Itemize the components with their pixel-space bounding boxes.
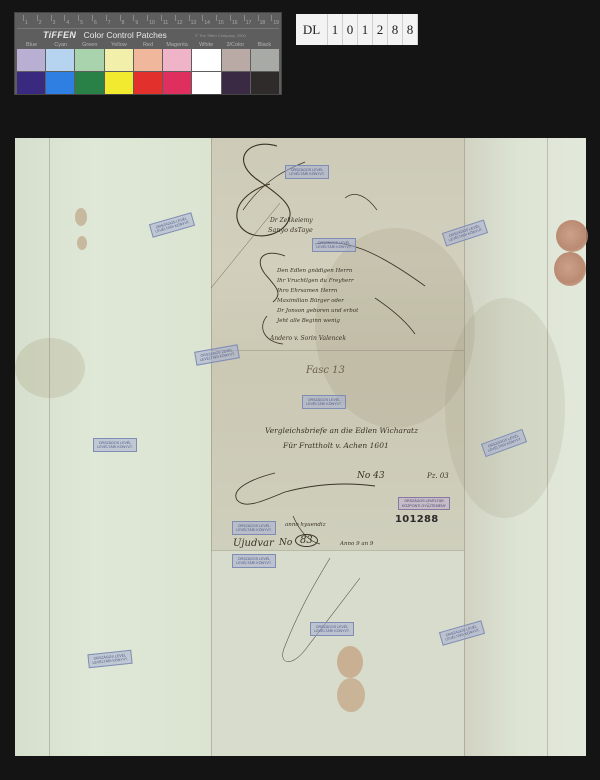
document-id-digit: 1 [328, 14, 343, 45]
color-patch-cyan-dark [46, 72, 74, 94]
library-stamp: ORSZÁGOS LEVÉLLEVÉLTÁRI KÖNYVT. [302, 395, 346, 409]
handwriting-address-line: Ihro Ehrsamen Herrn [277, 288, 337, 294]
handwriting-signature-line: Andero v. Sorin Valencek [270, 335, 346, 342]
wax-seal-remnant [554, 252, 586, 286]
color-patch-yellow-light [105, 49, 133, 71]
archive-label-line: KÖZPONTI GYŰJTEMÉNY [402, 504, 446, 508]
ruler-tick [133, 15, 134, 21]
ruler-scale: 12345678910111213141516171819 [17, 15, 279, 29]
ruler-number: 5 [80, 20, 83, 26]
handwriting-summary-line-2: Für Frattholt v. Achen 1601 [283, 441, 389, 450]
ruler-tick [23, 15, 24, 21]
ruler-number: 3 [53, 20, 56, 26]
handwriting-prefix-note: anno hyuendiz [285, 522, 326, 528]
color-patch-3color-dark [222, 72, 250, 94]
library-stamp: ORSZÁGOS LEVÉLLEVÉLTÁRI KÖNYVT. [310, 622, 354, 636]
chart-brand: TiFFEN [43, 30, 76, 40]
ruler-tick [64, 15, 65, 21]
library-stamp: ORSZÁGOS LEVÉLLEVÉLTÁRI KÖNYVT. [232, 521, 276, 535]
handwriting-after-note: Anno 9 an 9 [340, 541, 373, 547]
color-patch-blue-light [17, 49, 45, 71]
wax-seal-remnant [556, 220, 588, 252]
ruler-number: 6 [94, 20, 97, 26]
color-patches [17, 49, 279, 94]
document-id-digit: 8 [388, 14, 403, 45]
document-id-prefix: DL [296, 14, 328, 45]
ruler-number: 10 [149, 20, 155, 26]
handwriting-address-line: Maximilian Bürger oder [277, 298, 344, 304]
library-stamp: ORSZÁGOS LEVÉLLEVÉLTÁRI KÖNYVT. [312, 238, 356, 252]
chart-title-text: Color Control Patches [84, 30, 167, 40]
color-control-chart: 12345678910111213141516171819 TiFFEN Col… [14, 12, 282, 95]
fold-line [211, 550, 464, 551]
stamp-line: LEVÉLTÁRI KÖNYVT. [97, 445, 132, 450]
ruler-tick [271, 15, 272, 21]
ruler-tick [175, 15, 176, 21]
color-patch-red-dark [134, 72, 162, 94]
handwriting-address-line: Dr Jonson geboren und erbot [277, 308, 358, 314]
stamp-line: LEVÉLTÁRI KÖNYVT. [236, 528, 271, 533]
ruler-tick [106, 15, 107, 21]
handwriting-page-note: Pz. 03 [427, 472, 449, 480]
document-id-digit: 2 [373, 14, 388, 45]
color-patch-magenta-dark [163, 72, 191, 94]
ruler-tick [120, 15, 121, 21]
color-patch-yellow-dark [105, 72, 133, 94]
stamp-line: LEVÉLTÁRI KÖNYVT. [306, 402, 341, 407]
ruler-number: 12 [177, 20, 183, 26]
ruler-tick [78, 15, 79, 21]
ruler-number: 14 [204, 20, 210, 26]
handwriting-address-short-1: Dr Zekkeiemy [270, 217, 313, 224]
ruler-tick [202, 15, 203, 21]
spot-stain [75, 208, 87, 226]
document-id-label: DL 101288 [296, 14, 418, 45]
document-id-digit: 1 [358, 14, 373, 45]
color-patch-white-light [192, 49, 220, 71]
stamp-line: LEVÉLTÁRI KÖNYVT. [316, 245, 351, 250]
ruler-number: 1 [25, 20, 28, 26]
chart-copyright: © The Tiffen Company, 2000 [195, 33, 246, 38]
handwriting-fasc-note: Fasc 13 [306, 365, 345, 376]
handwriting-place-name: Ujudvar [233, 538, 274, 549]
ruler-tick [92, 15, 93, 21]
stamp-line: LEVÉLTÁRI KÖNYVT. [236, 561, 271, 566]
ruler-tick [37, 15, 38, 21]
ruler-number: 15 [218, 20, 224, 26]
handwriting-address-short-2: Sanyo dsTaye [268, 226, 313, 234]
ruler-number: 4 [66, 20, 69, 26]
color-patch-green-light [75, 49, 103, 71]
color-patch-blue-dark [17, 72, 45, 94]
fold-line [49, 138, 50, 756]
ruler-number: 18 [260, 20, 266, 26]
archive-number: 101288 [395, 514, 439, 525]
ruler-number: 16 [232, 20, 238, 26]
color-patch-black-dark [251, 72, 279, 94]
archive-label-stamp: ORSZÁGOS LEVÉLTÁR KÖZPONTI GYŰJTEMÉNY [398, 497, 450, 510]
stamp-line: LEVÉLTÁRI KÖNYVT. [314, 629, 349, 634]
library-stamp: ORSZÁGOS LEVÉLLEVÉLTÁRI KÖNYVT. [285, 165, 329, 179]
ruler-number: 2 [39, 20, 42, 26]
fold-line [211, 138, 212, 756]
wax-residue [337, 678, 365, 712]
spot-stain [77, 236, 87, 250]
ruler-tick [230, 15, 231, 21]
color-patch-red-light [134, 49, 162, 71]
ruler-number: 19 [273, 20, 279, 26]
ruler-tick [258, 15, 259, 21]
handwriting-address-line: Jeht alle Beginn wenig [277, 318, 340, 324]
handwriting-address-line: Den Edlen gnädigen Herrn [277, 268, 352, 274]
handwriting-number-note: No 43 [357, 471, 385, 481]
ruler-number: 9 [135, 20, 138, 26]
color-patch-cyan-light [46, 49, 74, 71]
ruler-number: 11 [163, 20, 168, 26]
library-stamp: ORSZÁGOS LEVÉLLEVÉLTÁRI KÖNYVT. [232, 554, 276, 568]
ruler-number: 8 [122, 20, 125, 26]
ruler-tick [51, 15, 52, 21]
ruler-number: 17 [246, 20, 252, 26]
document-id-digit: 0 [343, 14, 358, 45]
color-patch-black-light [251, 49, 279, 71]
handwriting-no-label: No [279, 538, 292, 548]
document-id-digit: 8 [403, 14, 418, 45]
wax-residue [337, 646, 363, 678]
ruler-tick [161, 15, 162, 21]
ruler-tick [147, 15, 148, 21]
ruler-number: 13 [191, 20, 197, 26]
water-stain [15, 338, 85, 398]
color-patch-green-dark [75, 72, 103, 94]
handwriting-circled-number: 83 [295, 534, 318, 547]
color-patch-white-dark [192, 72, 220, 94]
color-patch-3color-light [222, 49, 250, 71]
ruler-tick [189, 15, 190, 21]
ruler-tick [216, 15, 217, 21]
library-stamp: ORSZÁGOS LEVÉLLEVÉLTÁRI KÖNYVT. [93, 438, 137, 452]
fold-line [211, 350, 464, 351]
stamp-line: LEVÉLTÁRI KÖNYVT. [289, 172, 324, 177]
handwriting-address-line: Ihr Vruchtlgen du Freyherr [277, 278, 354, 284]
color-patch-magenta-light [163, 49, 191, 71]
ruler-number: 7 [108, 20, 111, 26]
fold-line [547, 138, 548, 756]
handwriting-summary-line-1: Vergleichsbriefe an die Edlen Wicharatz [265, 426, 418, 435]
ruler-tick [244, 15, 245, 21]
chart-title: TiFFEN Color Control Patches [43, 30, 167, 40]
historical-document: Dr Zekkeiemy Sanyo dsTaye Den Edlen gnäd… [15, 138, 586, 756]
